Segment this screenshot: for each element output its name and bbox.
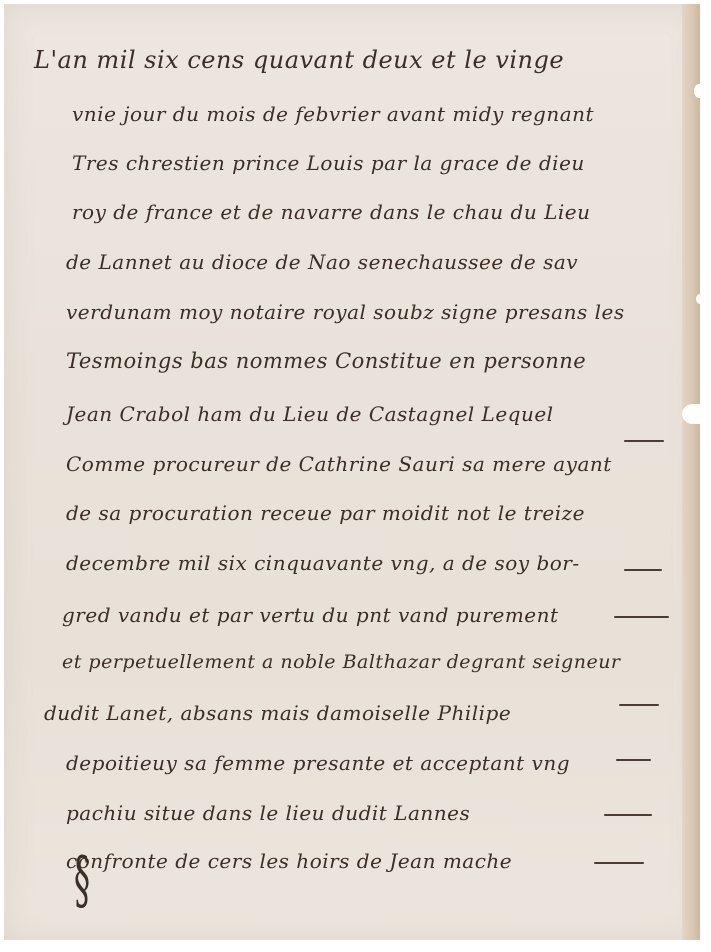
text-line: vnie jour du mois de febvrier avant midy… [72, 102, 594, 126]
closing-flourish: § [74, 844, 90, 918]
text-line: et perpetuellement a noble Balthazar deg… [62, 651, 621, 673]
line-filler-dash [616, 759, 651, 761]
text-line: confronte de cers les hoirs de Jean mach… [66, 849, 512, 873]
line-filler-dash [624, 440, 664, 442]
text-line: Jean Crabol ham du Lieu de Castagnel Leq… [66, 402, 554, 426]
text-line: decembre mil six cinquavante vng, a de s… [66, 551, 580, 575]
text-line: de sa procuration receue par moidit not … [66, 501, 585, 525]
text-line: roy de france et de navarre dans le chau… [72, 200, 590, 224]
text-line: L'an mil six cens quavant deux et le vin… [34, 46, 564, 74]
line-filler-dash [619, 704, 659, 706]
manuscript-page: L'an mil six cens quavant deux et le vin… [4, 4, 700, 940]
torn-edge [682, 404, 704, 424]
text-line: Tesmoings bas nommes Constitue en person… [66, 349, 586, 373]
line-filler-dash [604, 814, 652, 816]
text-line: gred vandu et par vertu du pnt vand pure… [62, 603, 559, 627]
text-line: de Lannet au dioce de Nao senechaussee d… [66, 250, 578, 274]
torn-edge [694, 84, 704, 98]
text-line: Tres chrestien prince Louis par la grace… [72, 151, 585, 175]
line-filler-dash [624, 569, 662, 571]
text-line: dudit Lanet, absans mais damoiselle Phil… [44, 701, 511, 725]
line-filler-dash [614, 616, 669, 618]
line-filler-dash [594, 862, 644, 864]
text-line: depoitieuy sa femme presante et acceptan… [66, 751, 570, 775]
text-line: Comme procureur de Cathrine Sauri sa mer… [66, 452, 612, 476]
torn-edge [696, 294, 704, 304]
text-line: verdunam moy notaire royal soubz signe p… [66, 300, 625, 324]
paper-edge [682, 4, 700, 940]
text-line: pachiu situe dans le lieu dudit Lannes [66, 801, 470, 825]
